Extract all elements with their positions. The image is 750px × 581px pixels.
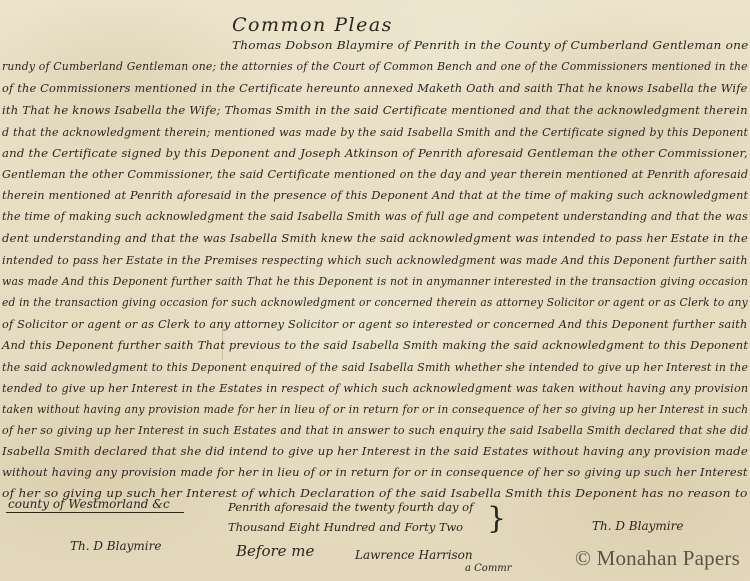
signature-left: Th. D Blaymire [70,539,161,553]
document-line: Gentleman the other Commissioner, the sa… [2,169,748,180]
document-line: ith That he knows Isabella the Wife; Tho… [2,105,748,116]
commissioner-signature: Lawrence Harrison [355,548,473,562]
document-line: of her so giving up her Interest in such… [2,425,748,436]
copyright-watermark: © Monahan Papers [575,546,740,571]
document-line: without having any provision made for he… [2,467,748,478]
document-line: ed in the transaction giving occasion fo… [2,297,748,308]
sworn-line-1: Penrith aforesaid the twenty fourth day … [228,500,473,514]
document-title: Common Pleas [232,14,393,36]
document-line: intended to pass her Estate in the Premi… [2,255,748,266]
document-line: therein mentioned at Penrith aforesaid i… [2,190,748,201]
county-underline-left [6,512,184,513]
document-line: d that the acknowledgment therein; menti… [2,127,748,138]
document-line: rundy of Cumberland Gentleman one; the a… [2,61,748,72]
document-line: And this Deponent further saith That pre… [2,340,748,351]
document-line: the said acknowledgment to this Deponent… [2,362,748,373]
document-line: was made And this Deponent further saith… [2,276,748,287]
before-me-label: Before me [236,542,314,560]
document-line: tended to give up her Interest in the Es… [2,383,748,394]
document-line: and the Certificate signed by this Depon… [2,148,748,159]
document-line: the time of making such acknowledgment t… [2,211,748,222]
document-line: of Solicitor or agent or as Clerk to any… [2,319,747,330]
sworn-brace: } [487,504,506,534]
document-line: taken without having any provision made … [2,404,748,415]
sworn-line-2: Thousand Eight Hundred and Forty Two [228,520,463,534]
document-line: Thomas Dobson Blaymire of Penrith in the… [232,40,748,52]
commissioner-title: a Commr [465,563,512,574]
document-line: dent understanding and that the was Isab… [2,233,748,244]
document-line: Isabella Smith declared that she did int… [2,446,748,457]
signature-right: Th. D Blaymire [592,519,683,533]
document-line: of the Commissioners mentioned in the Ce… [2,83,748,94]
county-line-left: county of Westmorland &c [8,497,170,511]
